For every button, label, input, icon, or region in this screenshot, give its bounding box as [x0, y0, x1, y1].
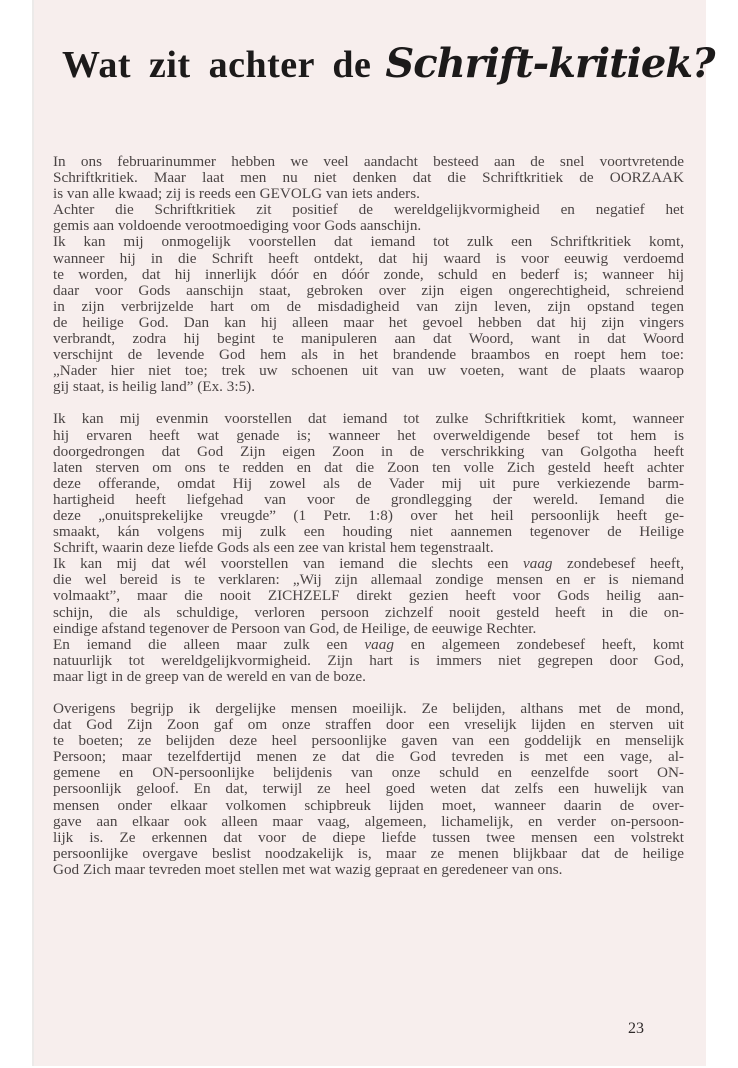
text-line: volmaakt”, maar die nooit ZICHZELF direk…: [53, 588, 684, 604]
text-line: laten sterven om ons te redden en dat di…: [53, 460, 684, 476]
text-line: smaakt, kán volgens mij zulk een houding…: [53, 524, 684, 540]
text-line: verschijnt de levende God hem als in het…: [53, 347, 684, 363]
document-page: Wat zit achter de Schrift-kritiek? In on…: [32, 0, 706, 1066]
text-line: te worden, dat hij innerlijk dóór en dóó…: [53, 267, 684, 283]
text-line: natuurlijk tot wereldgelijkvormigheid. Z…: [53, 653, 684, 669]
page-number: 23: [628, 1020, 644, 1038]
text-line: dat God Zijn Zoon gaf om onze straffen d…: [53, 717, 684, 733]
text-line: God Zich maar tevreden moet stellen met …: [53, 862, 684, 878]
text-line: hij ervaren heeft wat genade is; wanneer…: [53, 428, 684, 444]
text-line: de heilige God. Dan kan hij alleen maar …: [53, 315, 684, 331]
text-line: die wel bereid is te verklaren: „Wij zij…: [53, 572, 684, 588]
paragraph-1: In ons februarinummer hebben we veel aan…: [53, 154, 684, 395]
text-line: gemene en ON-persoonlijke belijdenis van…: [53, 765, 684, 781]
text-line: Persoon; maar tezelfdertijd menen ze dat…: [53, 749, 684, 765]
text-line: in zijn verbrijzelde hart om de misdadig…: [53, 299, 684, 315]
text-line: is van alle kwaad; zij is reeds een GEVO…: [53, 186, 684, 202]
emphasis: vaag: [364, 636, 394, 653]
text-line: te boeten; ze belijden deze heel persoon…: [53, 733, 684, 749]
paragraph-2: Ik kan mij evenmin voorstellen dat ieman…: [53, 411, 684, 685]
text-line: mensen onder elkaar volkomen schipbreuk …: [53, 798, 684, 814]
text-line: Schrift, waarin deze liefde Gods als een…: [53, 540, 684, 556]
text-line: Ik kan mij dat wél voorstellen van ieman…: [53, 556, 684, 572]
text-line: gij staat, is heilig land” (Ex. 3:5).: [53, 379, 684, 395]
text-line: doorgedrongen dat God Zijn eigen Zoon in…: [53, 444, 684, 460]
text-line: En iemand die alleen maar zulk een vaag …: [53, 637, 684, 653]
text-line: verbrandt, zodra hij begint te manipuler…: [53, 331, 684, 347]
paragraph-3: Overigens begrijp ik dergelijke mensen m…: [53, 701, 684, 878]
emphasis: vaag: [523, 555, 553, 572]
text-line: schijn, die als schuldige, verloren pers…: [53, 605, 684, 621]
text-line: gave aan elkaar ook alleen maar vaag, al…: [53, 814, 684, 830]
text-line: Achter die Schriftkritiek zit positief d…: [53, 202, 684, 218]
text-line: Schriftkritiek. Maar laat men nu niet de…: [53, 170, 684, 186]
text-line: daar voor Gods aanschijn staat, gebroken…: [53, 283, 684, 299]
text-line: maar ligt in de greep van de wereld en v…: [53, 669, 684, 685]
text-line: persoonlijk geloof. En dat, terwijl ze h…: [53, 781, 684, 797]
text-line: „Nader hier niet toe; trek uw schoenen u…: [53, 363, 684, 379]
title-plain: Wat zit achter de: [62, 44, 371, 86]
text-line: deze offerande, omdat Hij zowel als de V…: [53, 476, 684, 492]
title-script: Schrift-kritiek?: [385, 40, 714, 87]
text-line: Ik kan mij onmogelijk voorstellen dat ie…: [53, 234, 684, 250]
article-title: Wat zit achter de Schrift-kritiek?: [62, 40, 702, 87]
text-line: hartigheid heeft liefgehad van voor de g…: [53, 492, 684, 508]
text-line: lijk is. Ze erkennen dat voor de diepe l…: [53, 830, 684, 846]
text-line: gemis aan voldoende verootmoediging voor…: [53, 218, 684, 234]
text-line: Ik kan mij evenmin voorstellen dat ieman…: [53, 411, 684, 427]
text-line: deze „onuitsprekelijke vreugde” (1 Petr.…: [53, 508, 684, 524]
article-body: In ons februarinummer hebben we veel aan…: [53, 154, 684, 894]
text-line: In ons februarinummer hebben we veel aan…: [53, 154, 684, 170]
text-line: persoonlijke overgave beslist noodzakeli…: [53, 846, 684, 862]
text-line: Overigens begrijp ik dergelijke mensen m…: [53, 701, 684, 717]
text-line: wanneer hij in die Schrift heeft ontdekt…: [53, 251, 684, 267]
text-line: eindige afstand tegenover de Persoon van…: [53, 621, 684, 637]
